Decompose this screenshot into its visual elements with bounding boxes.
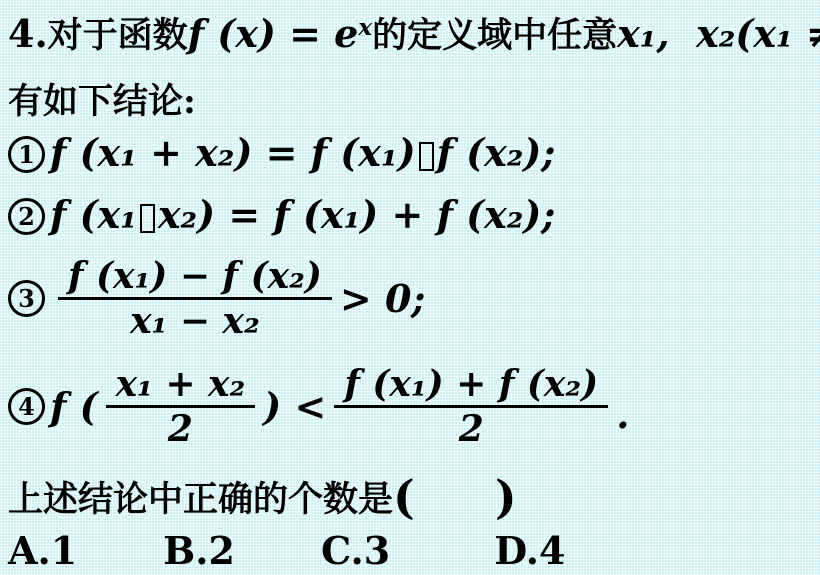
fraction-denominator: 2 <box>158 408 203 450</box>
option-b: B.2 <box>163 528 235 573</box>
problem-statement-line-1: 4. 对于函数 f (x) = e x 的定义域中任意 x₁, x₂(x₁ ≠ … <box>8 8 820 58</box>
problem-number: 4. <box>8 11 48 56</box>
option-c: C.3 <box>321 528 390 573</box>
circled-number-2: 2 <box>8 198 45 235</box>
statement-4-period: . <box>616 392 629 437</box>
options-line: A.1 B.2 C.3 D.4 <box>8 528 565 573</box>
fraction-denominator: 2 <box>449 408 494 450</box>
fraction-numerator: f (x₁) − f (x₂) <box>58 255 332 300</box>
option-d: D.4 <box>494 528 565 573</box>
fraction-numerator: x₁ + x₂ <box>106 363 256 408</box>
intro-text: 有如下结论: <box>8 74 196 124</box>
statement-1-left: f (x₁ + x₂) = f (x₁) <box>50 130 416 175</box>
missing-glyph-box-icon <box>419 142 434 171</box>
difference-quotient-fraction: f (x₁) − f (x₂) x₁ − x₂ <box>58 255 332 343</box>
math-problem-slide: 4. 对于函数 f (x) = e x 的定义域中任意 x₁, x₂(x₁ ≠ … <box>0 0 820 575</box>
statement-3: 3 f (x₁) − f (x₂) x₁ − x₂ > 0; <box>8 255 425 343</box>
intro-line: 有如下结论: <box>8 74 196 124</box>
circled-number-3: 3 <box>8 280 45 317</box>
circled-number-1: 1 <box>8 136 45 173</box>
average-fraction: f (x₁) + f (x₂) 2 <box>334 363 608 451</box>
function-definition: f (x) = e <box>188 11 359 56</box>
missing-glyph-box-icon <box>140 204 155 233</box>
question-text: 上述结论中正确的个数是 <box>8 472 393 522</box>
statement-2-right: x₂) = f (x₁) + f (x₂); <box>158 192 556 237</box>
statement-1: 1 f (x₁ + x₂) = f (x₁) f (x₂); <box>8 130 555 175</box>
statement-4-middle: ) < <box>263 384 326 429</box>
option-a: A.1 <box>8 528 77 573</box>
fraction-numerator: f (x₁) + f (x₂) <box>334 363 608 408</box>
statement-text-2: 的定义域中任意 <box>372 8 617 58</box>
statement-4: 4 f ( x₁ + x₂ 2 ) < f (x₁) + f (x₂) 2 . <box>8 363 629 451</box>
question-line: 上述结论中正确的个数是 ( ) <box>8 468 517 522</box>
statement-4-prefix: f ( <box>50 384 98 429</box>
statement-1-right: f (x₂); <box>437 130 556 175</box>
statement-2: 2 f (x₁ x₂) = f (x₁) + f (x₂); <box>8 192 555 237</box>
answer-blank-parentheses: ( ) <box>393 470 517 524</box>
midpoint-fraction: x₁ + x₂ 2 <box>106 363 256 451</box>
statement-2-left: f (x₁ <box>50 192 137 237</box>
statement-3-inequality: > 0; <box>340 276 426 321</box>
variables-condition: x₁, x₂(x₁ ≠ x₂), <box>617 11 820 56</box>
circled-number-4: 4 <box>8 388 45 425</box>
fraction-denominator: x₁ − x₂ <box>120 300 270 342</box>
statement-text-1: 对于函数 <box>48 8 188 58</box>
exponent-x: x <box>358 14 372 41</box>
